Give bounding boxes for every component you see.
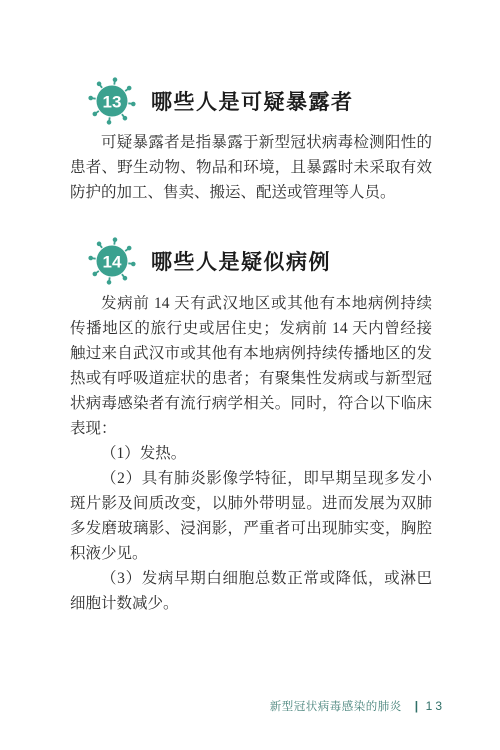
footer-book-title: 新型冠状病毒感染的肺炎: [270, 698, 402, 714]
page-footer: 新型冠状病毒感染的肺炎 | 13: [270, 698, 445, 714]
answer-list-item-2: （2）具有肺炎影像学特征，即早期呈现多发小斑片影及间质改变，以肺外带明显。进而发…: [70, 466, 432, 566]
answer-block-14: 发病前 14 天有武汉地区或其他有本地病例持续传播地区的旅行史或居住史；发病前 …: [70, 291, 432, 616]
answer-list-item-1: （1）发热。: [70, 441, 432, 466]
answer-paragraph-14-intro: 发病前 14 天有武汉地区或其他有本地病例持续传播地区的旅行史或居住史；发病前 …: [70, 291, 432, 441]
footer-separator: |: [415, 699, 419, 713]
badge-number-14: 14: [103, 253, 122, 272]
question-header-14: 14 哪些人是疑似病例: [86, 235, 331, 287]
question-title-13: 哪些人是可疑暴露者: [151, 86, 354, 116]
question-title-14: 哪些人是疑似病例: [151, 246, 331, 276]
document-page: 13 哪些人是可疑暴露者 可疑暴露者是指暴露于新型冠状病毒检测阳性的患者、野生动…: [0, 0, 500, 750]
virus-badge-14-icon: 14: [86, 235, 138, 287]
page-number: 13: [426, 699, 445, 713]
answer-list-item-3: （3）发病早期白细胞总数正常或降低，或淋巴细胞计数减少。: [70, 566, 432, 616]
question-header-13: 13 哪些人是可疑暴露者: [86, 75, 354, 127]
answer-paragraph-13: 可疑暴露者是指暴露于新型冠状病毒检测阳性的患者、野生动物、物品和环境，且暴露时未…: [70, 130, 432, 205]
badge-number-13: 13: [103, 93, 122, 112]
virus-badge-13-icon: 13: [86, 75, 138, 127]
